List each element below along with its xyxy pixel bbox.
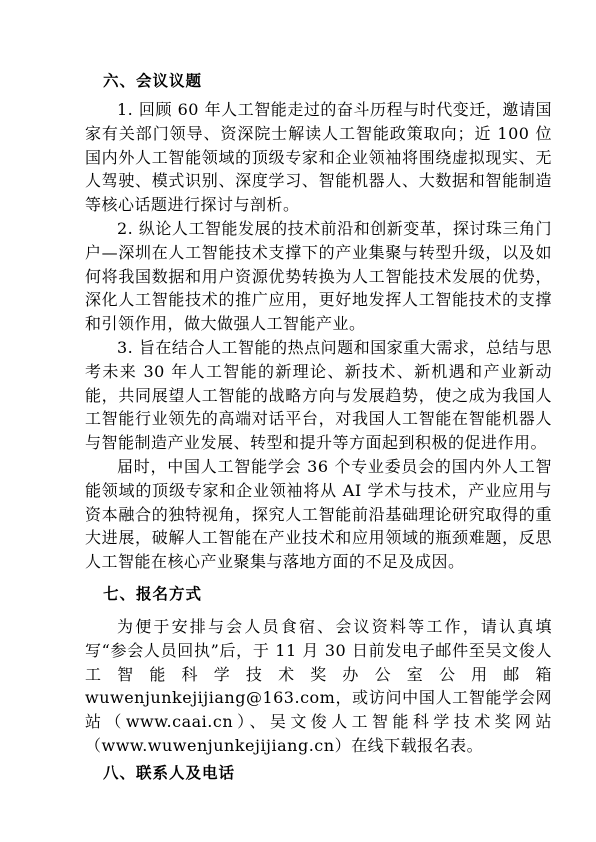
paragraph-registration: 为便于安排与会人员食宿、会议资料等工作，请认真填写“参会人员回执”后，于 11 …	[85, 615, 552, 758]
document-page: 六、会议议题 1. 回顾 60 年人工智能走过的奋斗历程与时代变迁，邀请国家有关…	[0, 0, 596, 842]
section-heading-contacts: 八、联系人及电话	[103, 764, 552, 784]
paragraph-topic-summary: 届时，中国人工智能学会 36 个专业委员会的国内外人工智能领域的顶级专家和企业领…	[85, 455, 552, 574]
section-heading-meeting-topics: 六、会议议题	[103, 72, 552, 92]
paragraph-topic-1: 1. 回顾 60 年人工智能走过的奋斗历程与时代变迁，邀请国家有关部门领导、资深…	[85, 98, 552, 217]
section-heading-registration: 七、报名方式	[103, 585, 552, 605]
paragraph-topic-2: 2. 纵论人工智能发展的技术前沿和创新变革，探讨珠三角门户—深圳在人工智能技术支…	[85, 217, 552, 336]
paragraph-topic-3: 3. 旨在结合人工智能的热点问题和国家重大需求，总结与思考未来 30 年人工智能…	[85, 336, 552, 455]
document-content: 六、会议议题 1. 回顾 60 年人工智能走过的奋斗历程与时代变迁，邀请国家有关…	[85, 72, 552, 784]
